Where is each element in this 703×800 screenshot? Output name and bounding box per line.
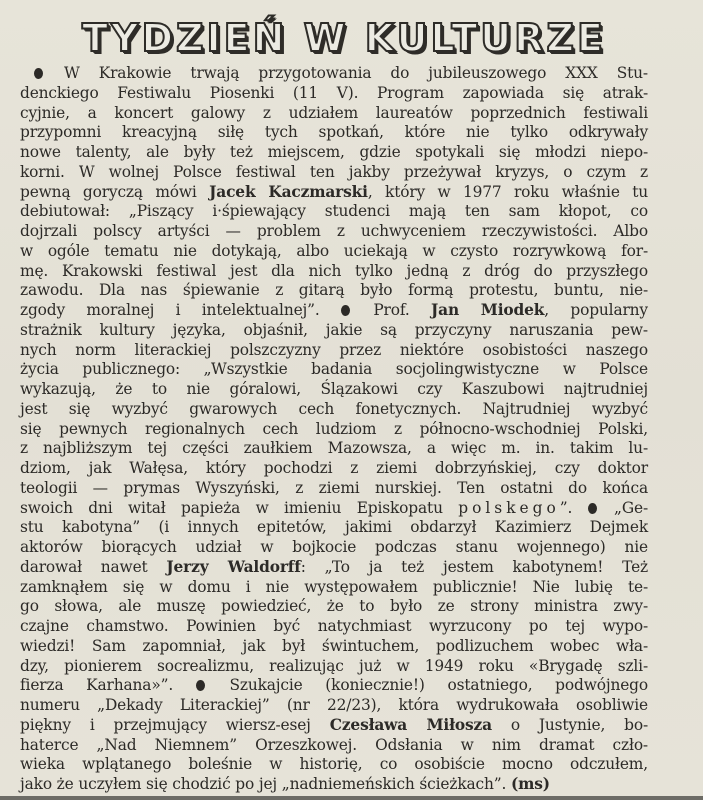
text-run: , popularny <box>544 301 648 319</box>
text-run: przypomni kreacyjną siłę tych spotkań, k… <box>20 123 648 141</box>
text-run: Szukajcie (koniecznie!) ostatniego, podw… <box>207 676 648 694</box>
article-body: W Krakowie trwają przygotowania do jubil… <box>20 64 648 795</box>
text-run: W Krakowie trwają przygotowania do jubil… <box>64 64 648 82</box>
text-line: zamknąłem się w domu i nie występowałem … <box>20 578 648 598</box>
text-run: debiutował: „Piszący i·śpiewający studen… <box>20 202 648 220</box>
text-run: pewną goryczą mówi <box>20 183 209 201</box>
text-line: czajne chamstwo. Powinien być natychmias… <box>20 617 648 637</box>
text-run: swoich dni witał papieża w imieniu Episk… <box>20 499 458 517</box>
text-line: z najbliższym tej części zaułkiem Mazows… <box>20 439 648 459</box>
text-line: strażnik kultury języka, objaśnił, jakie… <box>20 321 648 341</box>
text-line: dojrzali polscy artyści — problem z uchw… <box>20 222 648 242</box>
text-run: życia publicznego: „Wszystkie badania so… <box>20 360 648 378</box>
text-run: fierza Karhana»”. <box>20 676 196 694</box>
text-line: pewną goryczą mówi Jacek Kaczmarski, któ… <box>20 183 648 203</box>
text-run: strażnik kultury języka, objaśnił, jakie… <box>20 321 648 339</box>
bold-name: Jerzy Waldorff <box>166 558 300 576</box>
text-run: w ogóle tematu nie dotykają, albo ucieka… <box>20 242 648 260</box>
newspaper-page: TYDZIEŃ W KULTURZE W Krakowie trwają prz… <box>0 0 703 796</box>
text-run: jako że uczyłem się chodzić po jej „nadn… <box>20 775 511 793</box>
text-run: stu kabotyna” (i innych epitetów, jakimi… <box>20 518 648 536</box>
text-line: swoich dni witał papieża w imieniu Episk… <box>20 499 648 519</box>
bold-name: Jan Miodek <box>431 301 544 319</box>
text-run: „Ge- <box>599 499 648 517</box>
text-run: z najbliższym tej części zaułkiem Mazows… <box>20 439 648 457</box>
text-run: cyjnie, a koncert galowy z udziałem laur… <box>20 104 648 122</box>
text-run: teologii — prymas Wyszyński, z ziemi nur… <box>20 479 648 497</box>
text-run: piękny i przejmujący wiersz-esej <box>20 716 330 734</box>
text-line: zawodu. Dla nas śpiewanie z gitarą było … <box>20 281 648 301</box>
text-line: cyjnie, a koncert galowy z udziałem laur… <box>20 104 648 124</box>
text-run: Prof. <box>352 301 431 319</box>
text-line: życia publicznego: „Wszystkie badania so… <box>20 360 648 380</box>
text-line: W Krakowie trwają przygotowania do jubil… <box>20 64 648 84</box>
bullet-icon <box>341 305 350 316</box>
text-line: wieka wplątanego boleśnie w historię, co… <box>20 755 648 775</box>
text-run: : „To ja też jestem kabotynem! Też <box>301 558 648 576</box>
text-line: denckiego Festiwalu Piosenki (11 V). Pro… <box>20 84 648 104</box>
text-run: polskego <box>458 499 560 517</box>
bullet-icon <box>588 503 597 514</box>
text-run: nowe talenty, ale były też miejscem, gdz… <box>20 143 648 161</box>
text-line: aktorów biorących udział w bojkocie podc… <box>20 538 648 558</box>
text-line: przypomni kreacyjną siłę tych spotkań, k… <box>20 123 648 143</box>
text-line: dzy, pionierem socrealizmu, realizując j… <box>20 657 648 677</box>
text-run: zamknąłem się w domu i nie występowałem … <box>20 578 648 596</box>
text-line: korni. W wolnej Polsce festiwal ten jakb… <box>20 163 648 183</box>
page-bottom-edge <box>0 796 703 800</box>
text-line: teologii — prymas Wyszyński, z ziemi nur… <box>20 479 648 499</box>
text-run: dojrzali polscy artyści — problem z uchw… <box>20 222 648 240</box>
text-run: wiedzi! Sam zapomniał, jak był świntuche… <box>20 637 648 655</box>
text-line: darował nawet Jerzy Waldorff: „To ja też… <box>20 558 648 578</box>
text-run: mę. Krakowski festiwal jest dla nich tyl… <box>20 262 648 280</box>
text-run: czajne chamstwo. Powinien być natychmias… <box>20 617 648 635</box>
text-run: korni. W wolnej Polsce festiwal ten jakb… <box>20 163 648 181</box>
text-run: dzy, pionierem socrealizmu, realizując j… <box>20 657 648 675</box>
text-run: denckiego Festiwalu Piosenki (11 V). Pro… <box>20 84 648 102</box>
bold-name: Czesława Miłosza <box>330 716 492 734</box>
bold-name: Jacek Kaczmarski <box>209 183 368 201</box>
text-line: haterce „Nad Niemnem” Orzeszkowej. Odsła… <box>20 736 648 756</box>
text-run: haterce „Nad Niemnem” Orzeszkowej. Odsła… <box>20 736 648 754</box>
text-line: wykazują, że to nie góralowi, Ślązakowi … <box>20 380 648 400</box>
text-line: nych norm literackiej polszczyzny przez … <box>20 341 648 361</box>
section-title: TYDZIEŃ W KULTURZE <box>82 12 572 64</box>
text-run: zawodu. Dla nas śpiewanie z gitarą było … <box>20 281 648 299</box>
text-line: w ogóle tematu nie dotykają, albo ucieka… <box>20 242 648 262</box>
text-line: fierza Karhana»”. Szukajcie (koniecznie!… <box>20 676 648 696</box>
text-run: zgody moralnej i intelektualnej”. <box>20 301 341 319</box>
text-line: stu kabotyna” (i innych epitetów, jakimi… <box>20 518 648 538</box>
text-run: ”. <box>560 499 588 517</box>
bullet-icon <box>196 680 205 691</box>
text-run: jest się wyzbyć gwarowych cech fonetyczn… <box>20 400 648 418</box>
text-line: się pewnych regionalnych cech ludziom z … <box>20 420 648 440</box>
text-run: darował nawet <box>20 558 166 576</box>
text-run: go słowa, ale muszę powiedzieć, że to by… <box>20 597 648 615</box>
text-line: debiutował: „Piszący i·śpiewający studen… <box>20 202 648 222</box>
bullet-icon <box>34 68 43 79</box>
text-line: zgody moralnej i intelektualnej”. Prof. … <box>20 301 648 321</box>
text-run: wieka wplątanego boleśnie w historię, co… <box>20 755 648 773</box>
text-run: dziom, jak Wałęsa, który pochodzi z ziem… <box>20 459 648 477</box>
text-run: numeru „Dekady Literackiej” (nr 22/23), … <box>20 696 648 714</box>
text-line: jest się wyzbyć gwarowych cech fonetyczn… <box>20 400 648 420</box>
text-line: piękny i przejmujący wiersz-esej Czesław… <box>20 716 648 736</box>
text-run: nych norm literackiej polszczyzny przez … <box>20 341 648 359</box>
text-run: aktorów biorących udział w bojkocie podc… <box>20 538 648 556</box>
text-line: numeru „Dekady Literackiej” (nr 22/23), … <box>20 696 648 716</box>
text-line: dziom, jak Wałęsa, który pochodzi z ziem… <box>20 459 648 479</box>
text-run: się pewnych regionalnych cech ludziom z … <box>20 420 648 438</box>
text-line: mę. Krakowski festiwal jest dla nich tyl… <box>20 262 648 282</box>
bold-name: (ms) <box>511 775 550 793</box>
text-run: , który w 1977 roku właśnie tu <box>368 183 648 201</box>
text-run: o Justynie, bo- <box>492 716 648 734</box>
text-line: nowe talenty, ale były też miejscem, gdz… <box>20 143 648 163</box>
text-line: jako że uczyłem się chodzić po jej „nadn… <box>20 775 648 795</box>
text-line: go słowa, ale muszę powiedzieć, że to by… <box>20 597 648 617</box>
text-line: wiedzi! Sam zapomniał, jak był świntuche… <box>20 637 648 657</box>
text-run: wykazują, że to nie góralowi, Ślązakowi … <box>20 380 648 398</box>
